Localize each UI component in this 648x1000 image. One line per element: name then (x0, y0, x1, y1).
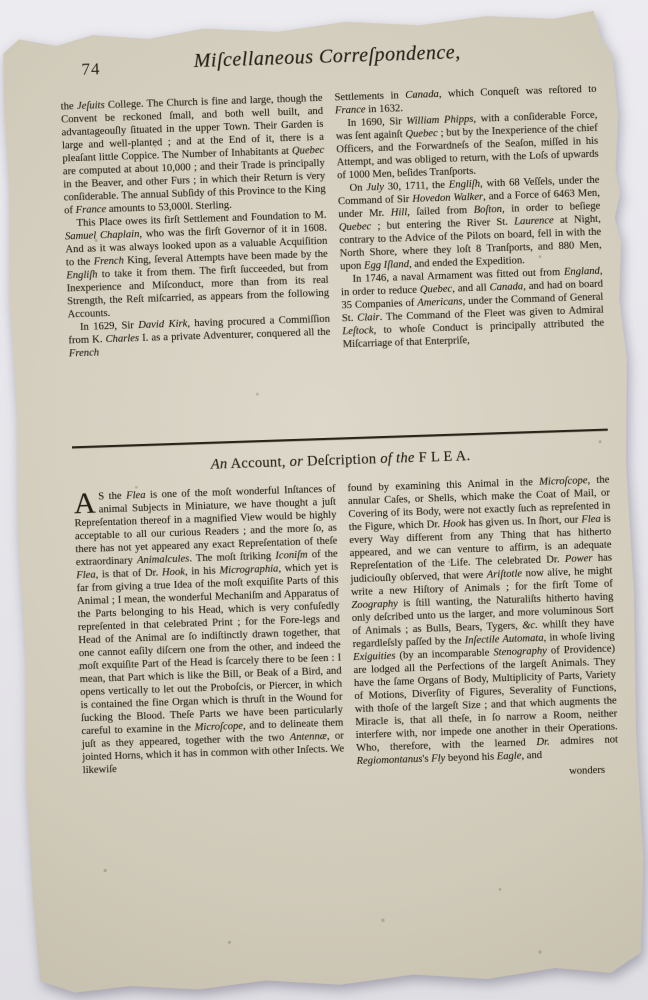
page-paper: 74 Miſcellaneous Correſpondence, the Jeſ… (0, 10, 648, 996)
paragraph: This Place owes its firſt Settlement and… (64, 209, 329, 322)
paragraph: found by examining this Animal in the Mi… (347, 474, 618, 769)
quebec-right-column: Settlements in Canada, which Conqueſt wa… (334, 83, 607, 430)
scanned-page: 74 Miſcellaneous Correſpondence, the Jeſ… (0, 10, 648, 996)
paragraph: the Jeſuits College. The Church is fine … (61, 92, 327, 218)
paragraph: In 1690, Sir William Phipps, with a conſ… (335, 109, 599, 183)
flea-right-column: found by examining this Animal in the Mi… (347, 474, 618, 769)
page-number: 74 (81, 59, 101, 80)
flea-left-column: AS the Flea is one of the moſt wonderful… (73, 483, 344, 778)
flea-article: AS the Flea is one of the moſt wonderful… (73, 474, 618, 778)
page-header: 74 Miſcellaneous Correſpondence, (59, 37, 596, 87)
page-content: 74 Miſcellaneous Correſpondence, the Jeſ… (0, 10, 648, 996)
flea-article-heading: An Account, or Deſcription of the F L E … (72, 444, 608, 479)
quebec-article: the Jeſuits College. The Church is fine … (61, 83, 608, 439)
drop-cap: A (73, 490, 98, 516)
paragraph: AS the Flea is one of the moſt wonderful… (73, 483, 344, 778)
catchword: wonders (569, 765, 605, 777)
quebec-left-column: the Jeſuits College. The Church is fine … (61, 92, 334, 439)
paragraph: In 1629, Sir David Kirk, having procured… (68, 313, 331, 361)
paragraph: In 1746, a naval Armament was fitted out… (340, 265, 604, 352)
paragraph: On July 30, 1711, the Engliſh, with 68 V… (337, 174, 602, 274)
running-title: Miſcellaneous Correſpondence, (59, 37, 595, 78)
